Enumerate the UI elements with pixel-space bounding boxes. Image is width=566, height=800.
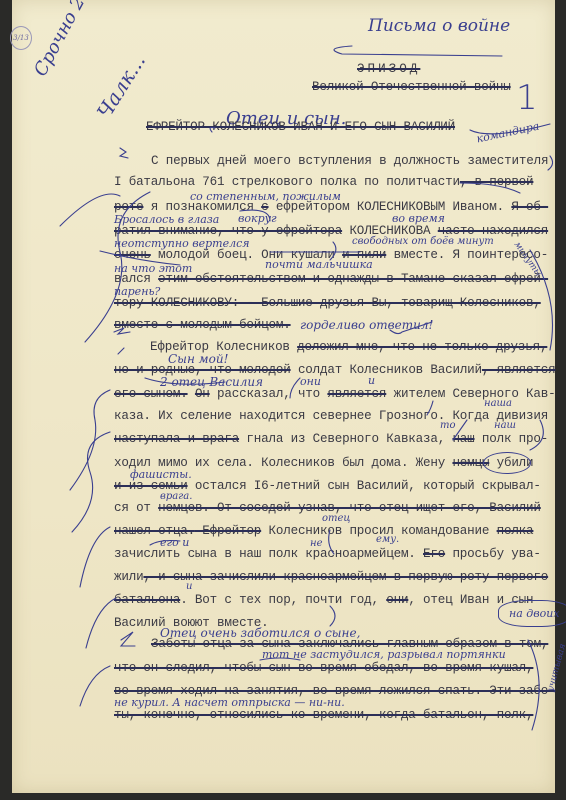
- annotation-na-dvoikh: на двоих: [498, 600, 566, 627]
- body-line-20: батальона. Вот с тех пор, почти год, они…: [114, 593, 533, 607]
- annotation-tot-ne: тот не застудился, разрывал портянки: [262, 648, 506, 661]
- body-line-13: наступала и врага гнала из Северного Кав…: [114, 432, 548, 446]
- body-line-25: ты, конечно, относились ко времени, когд…: [114, 708, 533, 722]
- annotation-nash: наш: [494, 420, 516, 431]
- annotation-otets: отец: [322, 513, 350, 524]
- annotation-pochti: почти мальчишка: [265, 258, 373, 271]
- page-number: 1: [516, 78, 538, 118]
- body-line-8: вместе с молодым бойцом.: [114, 318, 291, 332]
- handwritten-heading: Письма о войне: [368, 16, 510, 36]
- body-line-1: С первых дней моего вступления в должнос…: [151, 154, 548, 168]
- annotation-gordelivo: горделиво ответил!: [300, 318, 433, 332]
- episode-label: ЭПИЗОД: [357, 62, 420, 76]
- body-line-3: роте я познакомился с ефрейтором КОЛЕСНИ…: [114, 200, 548, 214]
- body-line-6: вался этим обстоятельством и однажды в Т…: [114, 272, 548, 286]
- annotation-i: и: [368, 374, 375, 387]
- annotation-nasha: наша: [484, 398, 512, 409]
- archive-stamp: 3/13: [10, 26, 32, 50]
- body-line-19: жили, и сына зачислили красноармейцем в …: [114, 570, 548, 584]
- body-line-12: каза. Их селение находится севернее Гроз…: [114, 409, 548, 423]
- old-title: ЕФРЕЙТОР КОЛЕСНИКОВ ИВАН И ЕГО СЫН ВАСИЛ…: [146, 120, 455, 134]
- annotation-i-marker: и: [186, 581, 192, 592]
- body-line-23: что он следил, чтобы сын во время обедал…: [114, 661, 533, 675]
- body-line-18: зачислить сына в наш полк красноармейцем…: [114, 547, 541, 561]
- annotation-to: то: [440, 420, 456, 431]
- annotation-svobodnye: свободных от боёв минут: [352, 236, 494, 247]
- body-line-7: тору КОЛЕСНИКОВУ: - Большие друзья Вы, т…: [114, 296, 541, 310]
- body-line-2: I батальона 761 стрелкового полка по пол…: [114, 175, 533, 189]
- annotation-emu: ему.: [376, 534, 399, 545]
- circled-word: [483, 452, 531, 474]
- episode-subtitle: Великой Отечественной войны: [312, 80, 511, 94]
